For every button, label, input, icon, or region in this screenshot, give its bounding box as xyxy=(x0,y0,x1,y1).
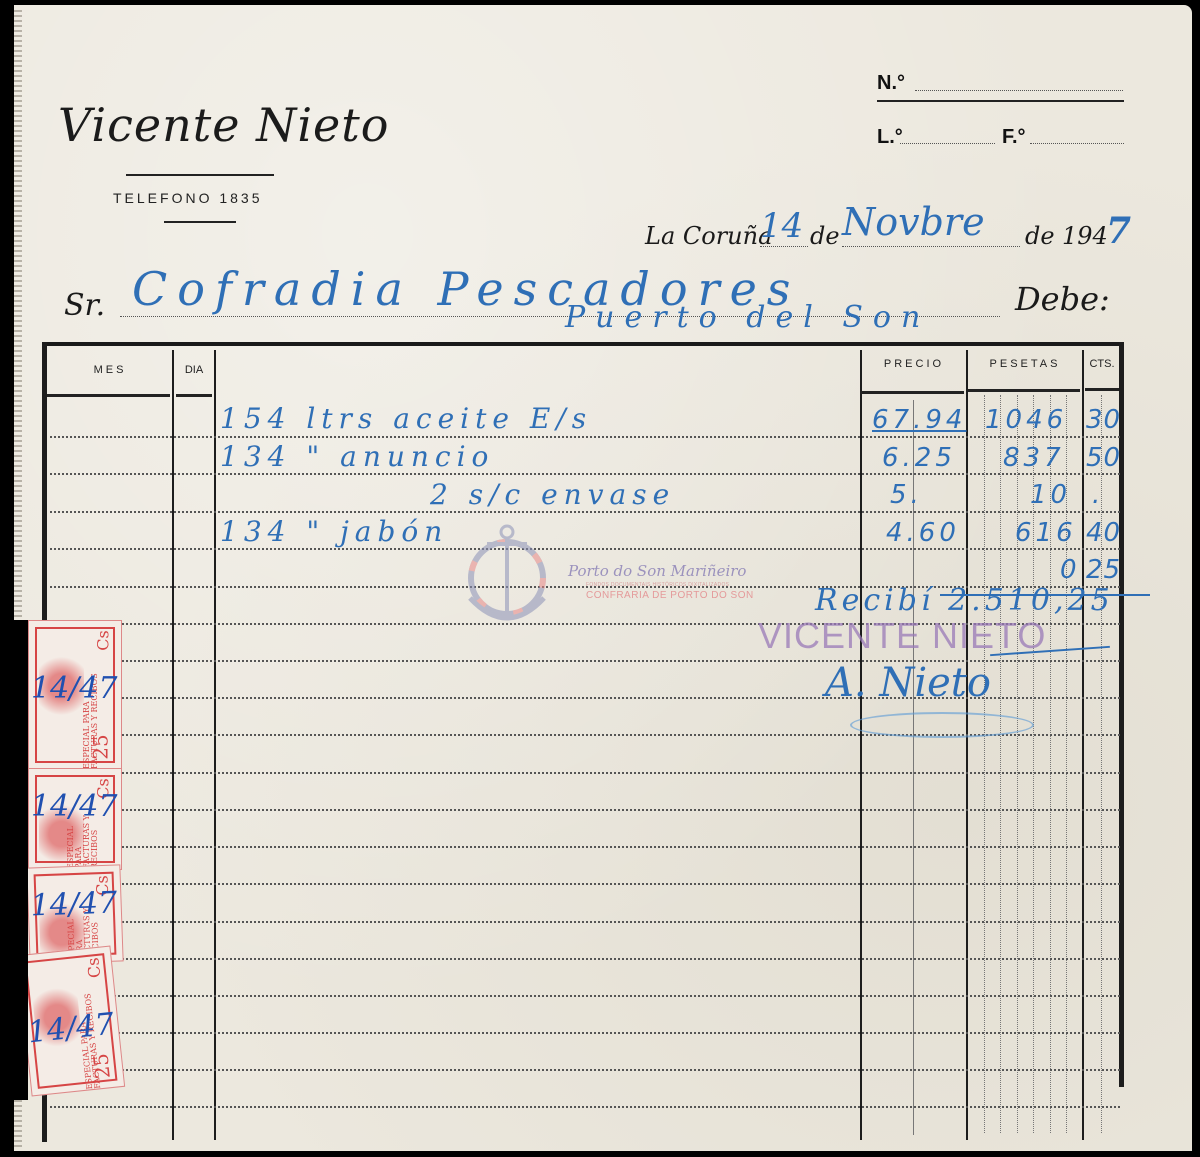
row-4-cents: 40 xyxy=(1086,518,1121,548)
header-dia: DIA xyxy=(174,364,214,376)
sr-label: Sr. xyxy=(64,288,105,323)
watermark-signature: Porto do Son Mariñeiro xyxy=(568,562,746,580)
month-field xyxy=(842,246,1020,247)
scan-edge-mask xyxy=(0,620,28,1100)
row-3-price: 5. xyxy=(890,480,923,510)
row-line xyxy=(50,436,1120,438)
number-label: N.° xyxy=(877,72,905,95)
receipt-text: Recibí 2.510,25 xyxy=(815,583,1114,618)
row-3-description: 2 s/c envase xyxy=(430,478,675,511)
debe-label: Debe: xyxy=(1015,280,1110,318)
row-5-cents: 25 xyxy=(1086,555,1121,585)
number-underline xyxy=(877,100,1124,102)
book-label: L.° xyxy=(877,126,903,149)
row-4-price: 4.60 xyxy=(886,518,960,548)
row-line xyxy=(50,511,1120,513)
row-4-pesetas: 616 xyxy=(1015,518,1077,548)
row-line xyxy=(50,809,1120,811)
phone-label: TELEFONO 1835 xyxy=(113,190,263,206)
row-2-price: 6.25 xyxy=(882,443,956,473)
stamp-cancel-mark: 14/47 xyxy=(30,886,118,924)
date-de-1: de xyxy=(810,222,840,250)
row-line xyxy=(50,772,1120,774)
row-line xyxy=(50,473,1120,475)
stamp-unit: Cs xyxy=(83,957,104,979)
vicente-nieto-stamp: VICENTE NIETO xyxy=(758,615,1046,657)
row-line xyxy=(50,846,1120,848)
row-1-pesetas: 1046 xyxy=(985,405,1067,435)
pesetas-grid-1 xyxy=(984,395,985,1133)
book-field[interactable] xyxy=(900,143,995,144)
header-mes: MES xyxy=(50,364,170,376)
header-pesetas: PESETAS xyxy=(968,358,1082,370)
tax-stamp-1: Cs ESPECIAL PARA FACTURAS Y RECIBOS 25 1… xyxy=(28,620,122,770)
stamp-value: 25 xyxy=(88,1052,115,1080)
watermark-archive-line: FONDOS DOCUMENTAIS HISTÓRICOS DIXITALIZA… xyxy=(586,582,729,588)
row-line xyxy=(50,548,1120,550)
cts-header-rule xyxy=(1085,388,1119,391)
row-line xyxy=(50,1032,1120,1034)
signature: A. Nieto xyxy=(825,660,991,706)
folio-label: F.° xyxy=(1002,126,1026,149)
number-field[interactable] xyxy=(915,90,1123,91)
pesetas-cts-divider xyxy=(1082,350,1084,1140)
row-2-pesetas: 837 xyxy=(1003,443,1065,473)
tax-stamp-2: Cs ESPECIAL PARA FACTURAS Y RECIBOS 14/4… xyxy=(28,768,122,870)
mes-header-rule xyxy=(47,394,170,397)
row-1-cents: 30 xyxy=(1086,405,1121,435)
precio-header-rule xyxy=(860,391,964,394)
dia-desc-divider xyxy=(214,350,216,1140)
row-line xyxy=(50,883,1120,885)
pesetas-header-rule xyxy=(968,389,1080,392)
row-5-pesetas: 0 xyxy=(1060,555,1081,585)
pesetas-grid-3 xyxy=(1017,395,1018,1133)
business-name: Vicente Nieto xyxy=(58,98,389,152)
customer-name-line2: Puerto del Son xyxy=(565,300,930,335)
row-2-description: 134 " anuncio xyxy=(220,440,494,473)
header-cts: CTS. xyxy=(1084,358,1120,370)
date-month: Novbre xyxy=(842,200,985,244)
stamp-value: 25 xyxy=(88,734,112,759)
row-line xyxy=(50,1069,1120,1071)
date-year-suffix: 7 xyxy=(1106,210,1131,252)
row-line xyxy=(50,1106,1120,1108)
letterhead-rule-top xyxy=(126,174,274,176)
confraria-anchor-watermark xyxy=(462,520,552,630)
day-field xyxy=(760,246,808,247)
date-year-prefix: 194 xyxy=(1062,222,1108,250)
desc-precio-divider xyxy=(860,350,862,1140)
pesetas-grid-2 xyxy=(1000,395,1001,1133)
watermark-archive-name: CONFRARIA DE PORTO DO SON xyxy=(586,590,754,601)
precio-pesetas-divider xyxy=(966,350,968,1140)
row-1-description: 154 ltrs aceite E/s xyxy=(220,402,592,435)
date-day: 14 xyxy=(760,206,803,246)
header-precio: PRECIO xyxy=(862,358,966,370)
tax-stamp-4: Cs ESPECIAL PARA FACTURAS Y RECIBOS 25 1… xyxy=(17,945,125,1096)
row-line xyxy=(50,958,1120,960)
row-3-cents: . xyxy=(1092,480,1104,510)
row-line xyxy=(50,921,1120,923)
row-4-description: 134 " jabón xyxy=(220,515,448,548)
row-3-pesetas: 10 xyxy=(1030,480,1071,510)
letterhead-rule-bottom xyxy=(164,221,236,223)
stamp-unit: Cs xyxy=(93,630,112,650)
anchor-icon xyxy=(462,520,552,630)
mes-dia-divider xyxy=(172,350,174,1140)
table-top-border xyxy=(43,342,1124,346)
date-de-2: de xyxy=(1025,222,1055,250)
signature-flourish xyxy=(850,712,1034,738)
city-label: La Coruña xyxy=(645,222,772,250)
row-2-cents: 50 xyxy=(1086,443,1121,473)
row-1-price: 67.94 xyxy=(872,405,966,435)
dia-header-rule xyxy=(176,394,212,397)
stamp-cancel-mark: 14/47 xyxy=(31,671,117,706)
folio-field[interactable] xyxy=(1030,143,1124,144)
row-line xyxy=(50,995,1120,997)
stamp-cancel-mark: 14/47 xyxy=(31,789,117,824)
